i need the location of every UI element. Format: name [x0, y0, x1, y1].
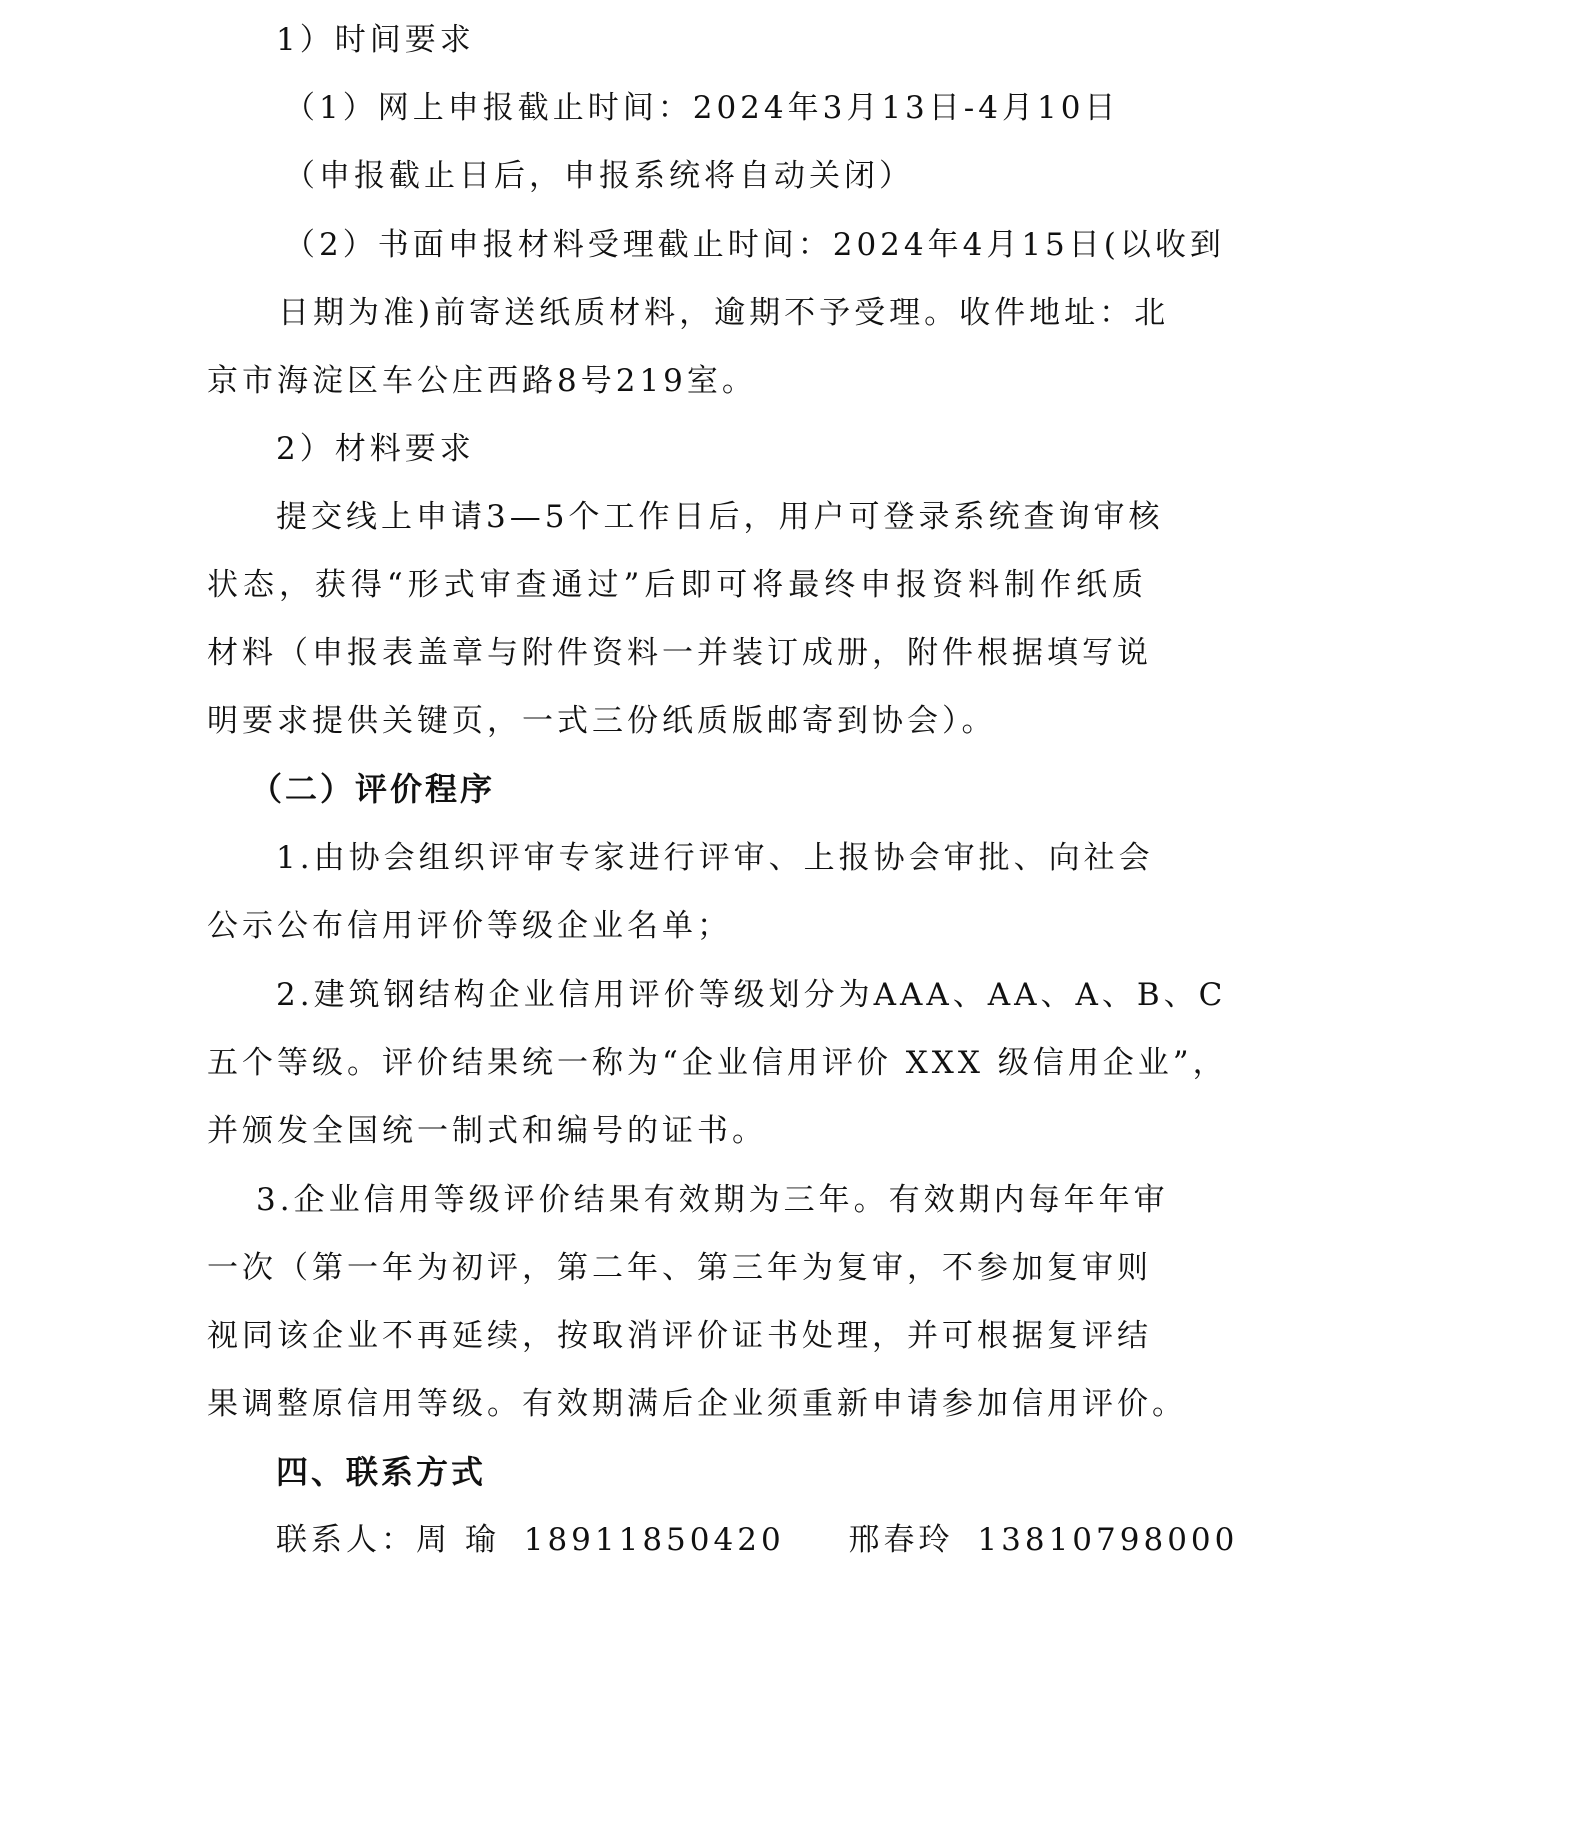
- paragraph-paper-deadline-line2: 日期为准)前寄送纸质材料，逾期不予受理。收件地址：北: [278, 293, 1147, 333]
- paragraph-online-deadline-note: （申报截止日后，申报系统将自动关闭）: [284, 156, 914, 196]
- section-heading-evaluation-procedure: （二）评价程序: [250, 769, 495, 809]
- procedure-item1-line2: 公示公布信用评价等级企业名单；: [207, 906, 732, 946]
- section-heading-contact: 四、联系方式: [276, 1452, 486, 1492]
- procedure-item1-line1: 1.由协会组织评审专家进行评审、上报协会审批、向社会: [276, 838, 1142, 878]
- contact-line: 联系人：周 瑜 18911850420 邢春玲 13810798000: [276, 1520, 1238, 1560]
- paragraph-online-deadline: （1）网上申报截止时间：2024年3月13日-4月10日: [284, 88, 1119, 128]
- contact-phone-2: 13810798000: [977, 1522, 1238, 1558]
- subheading-material-requirements: 2）材料要求: [276, 429, 475, 469]
- procedure-item2-line3: 并颁发全国统一制式和编号的证书。: [207, 1111, 767, 1151]
- paragraph-paper-deadline-line3: 京市海淀区车公庄西路8号219室。: [207, 361, 757, 401]
- paragraph-material-line4: 明要求提供关键页，一式三份纸质版邮寄到协会）。: [207, 701, 997, 741]
- procedure-item3-line1: 3.企业信用等级评价结果有效期为三年。有效期内每年年审: [256, 1180, 1147, 1220]
- procedure-item3-line4: 果调整原信用等级。有效期满后企业须重新申请参加信用评价。: [207, 1384, 1147, 1424]
- contact-name-2: 邢春玲: [849, 1522, 954, 1558]
- procedure-item2-line2: 五个等级。评价结果统一称为“企业信用评价 XXX 级信用企业”，: [207, 1043, 1147, 1083]
- paragraph-material-line2: 状态，获得“形式审查通过”后即可将最终申报资料制作纸质: [207, 565, 1147, 605]
- contact-name-1: 周 瑜: [416, 1522, 500, 1558]
- paragraph-paper-deadline-line1: （2）书面申报材料受理截止时间：2024年4月15日(以收到: [284, 225, 1147, 265]
- contact-label: 联系人：: [276, 1522, 416, 1558]
- procedure-item3-line2: 一次（第一年为初评，第二年、第三年为复审，不参加复审则: [207, 1248, 1147, 1288]
- procedure-item2-line1: 2.建筑钢结构企业信用评价等级划分为AAA、AA、A、B、C: [276, 975, 1147, 1015]
- paragraph-material-line1: 提交线上申请3—5个工作日后，用户可登录系统查询审核: [276, 497, 1147, 537]
- subheading-time-requirements: 1）时间要求: [276, 20, 475, 60]
- procedure-item3-line3: 视同该企业不再延续，按取消评价证书处理，并可根据复评结: [207, 1316, 1147, 1356]
- document-page: 1）时间要求 （1）网上申报截止时间：2024年3月13日-4月10日 （申报截…: [0, 0, 1587, 1839]
- contact-phone-1: 18911850420: [524, 1522, 785, 1558]
- paragraph-material-line3: 材料（申报表盖章与附件资料一并装订成册，附件根据填写说: [207, 633, 1147, 673]
